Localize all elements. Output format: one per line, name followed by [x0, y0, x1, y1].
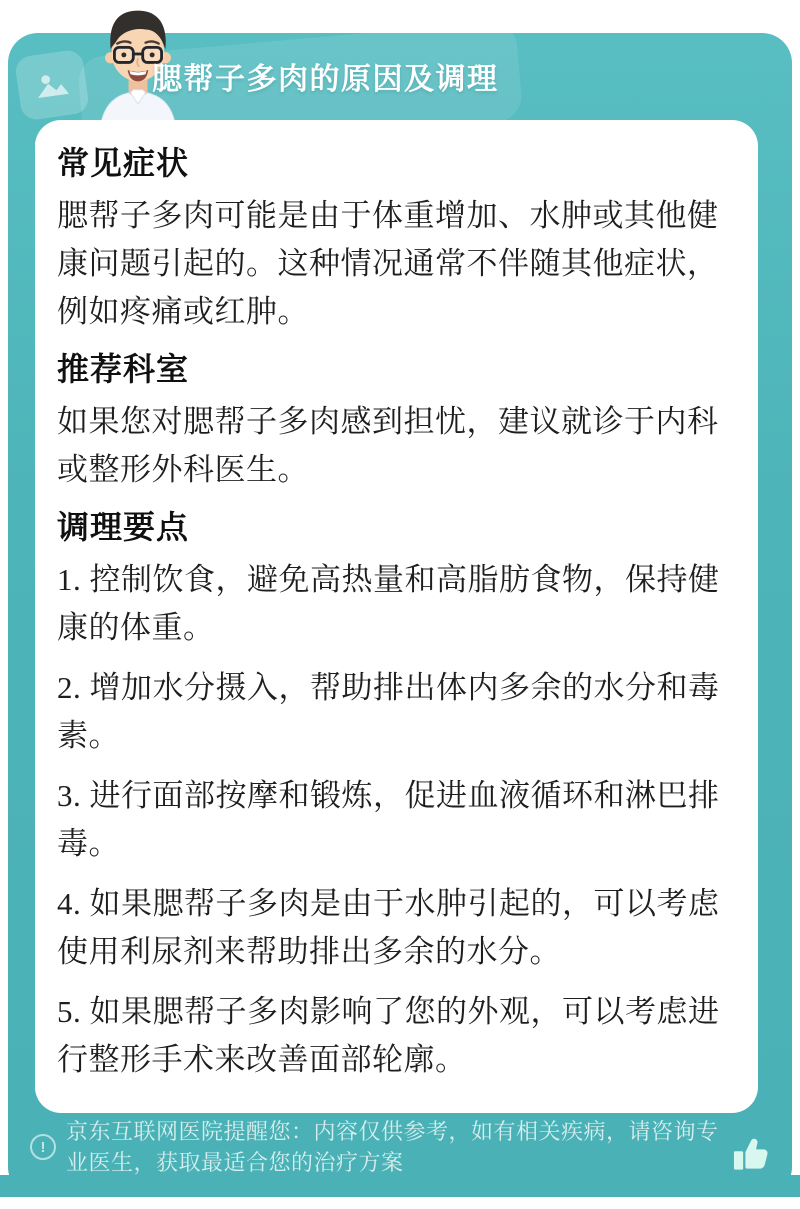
- disclaimer-footer: ! 京东互联网医院提醒您：内容仅供参考，如有相关疾病，请咨询专业医生，获取最适合…: [30, 1116, 730, 1178]
- list-item-number: 5.: [57, 994, 90, 1029]
- section-paragraph: 腮帮子多肉可能是由于体重增加、水肿或其他健康问题引起的。这种情况通常不伴随其他症…: [57, 192, 734, 336]
- list-item: 2. 增加水分摄入，帮助排出体内多余的水分和毒素。: [57, 664, 734, 760]
- page-title: 腮帮子多肉的原因及调理: [152, 54, 499, 98]
- section-heading: 调理要点: [57, 506, 734, 548]
- section-heading: 推荐科室: [57, 348, 734, 390]
- info-icon: !: [30, 1134, 56, 1160]
- list-item-number: 3.: [57, 778, 90, 813]
- thumbs-up-icon[interactable]: [728, 1132, 772, 1176]
- list-item: 4. 如果腮帮子多肉是由于水肿引起的，可以考虑使用利尿剂来帮助排出多余的水分。: [57, 880, 734, 976]
- photo-icon: [14, 49, 90, 122]
- section-paragraph: 如果您对腮帮子多肉感到担忧，建议就诊于内科或整形外科医生。: [57, 398, 734, 494]
- disclaimer-text: 京东互联网医院提醒您：内容仅供参考，如有相关疾病，请咨询专业医生，获取最适合您的…: [66, 1116, 730, 1178]
- list-item: 3. 进行面部按摩和锻炼，促进血液循环和淋巴排毒。: [57, 772, 734, 868]
- card-sections: 常见症状腮帮子多肉可能是由于体重增加、水肿或其他健康问题引起的。这种情况通常不伴…: [57, 142, 734, 1084]
- photo-icon-glyph: [27, 60, 77, 110]
- list-item: 1. 控制饮食，避免高热量和高脂肪食物，保持健康的体重。: [57, 556, 734, 652]
- list-item-number: 2.: [57, 670, 90, 705]
- section-heading: 常见症状: [57, 142, 734, 184]
- list-item-number: 4.: [57, 886, 90, 921]
- answer-card: 常见症状腮帮子多肉可能是由于体重增加、水肿或其他健康问题引起的。这种情况通常不伴…: [35, 120, 758, 1113]
- list-item: 5. 如果腮帮子多肉影响了您的外观，可以考虑进行整形手术来改善面部轮廓。: [57, 988, 734, 1084]
- list-item-number: 1.: [57, 562, 90, 597]
